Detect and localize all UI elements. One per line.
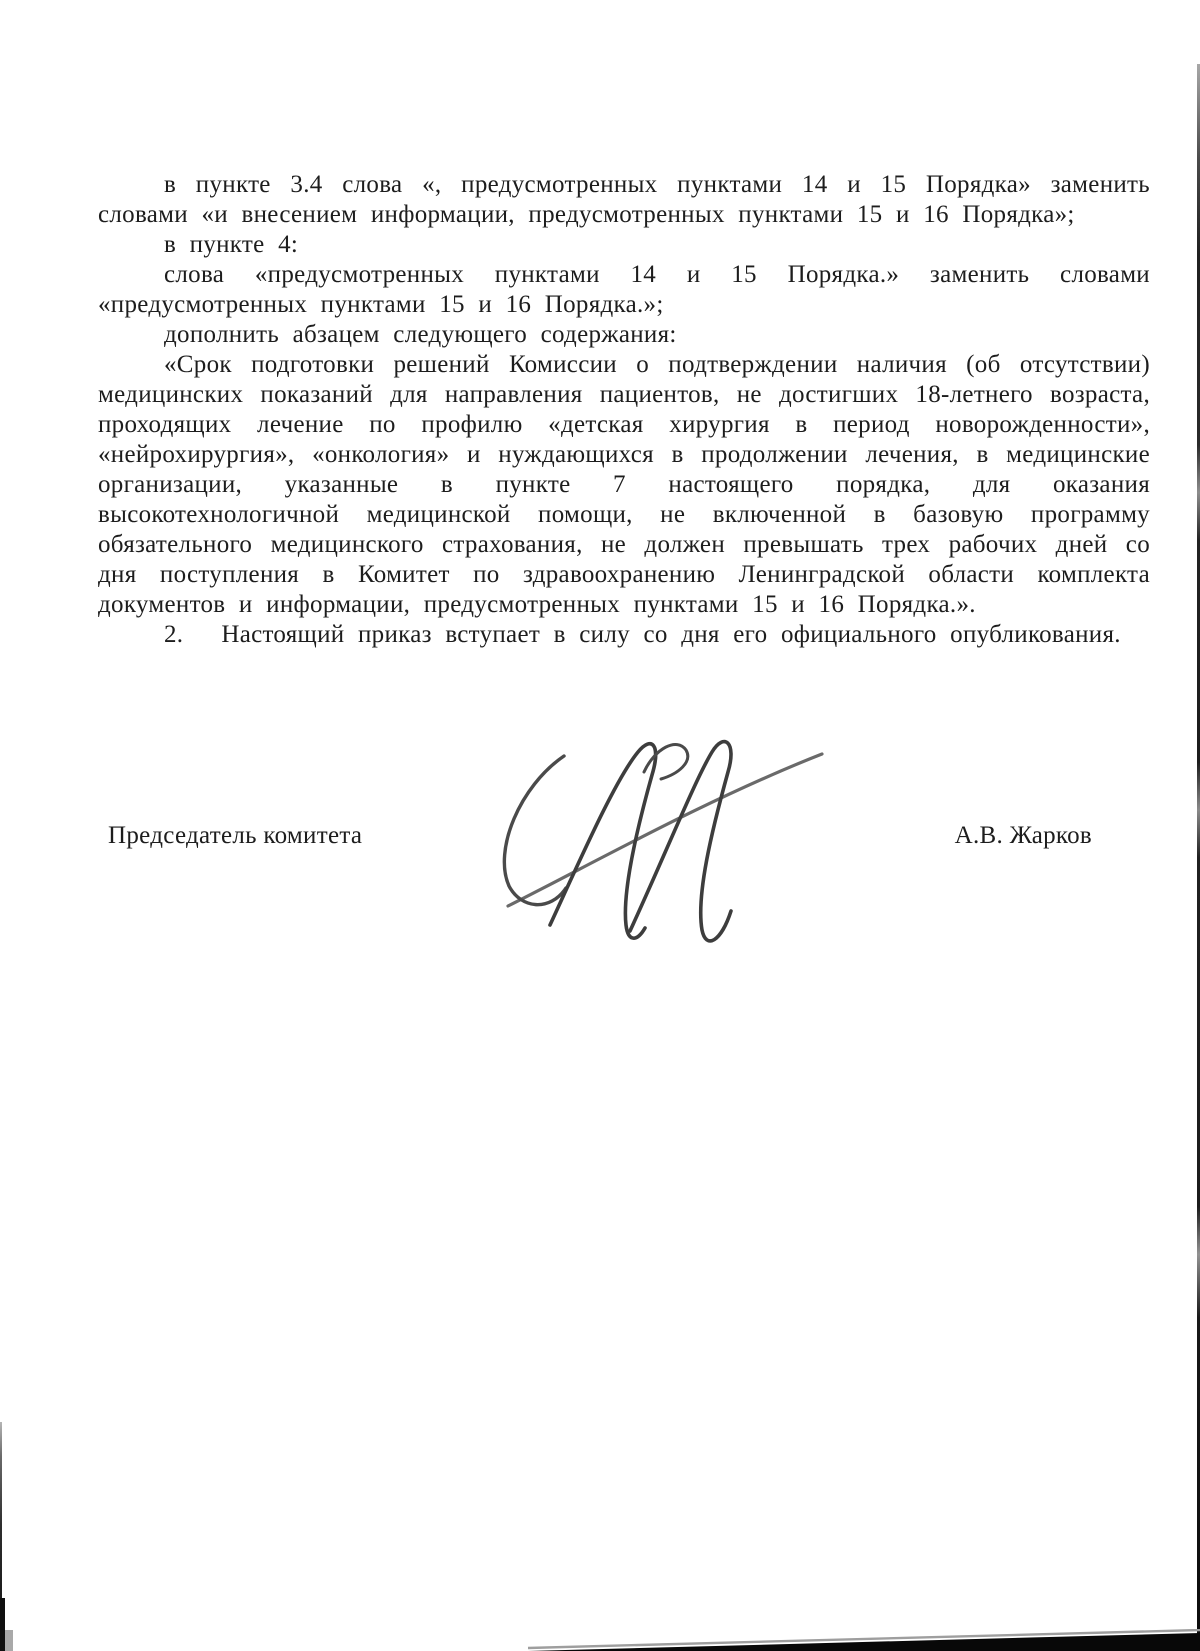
signatory-role: Председатель комитета <box>98 822 362 850</box>
item-2-number: 2. <box>164 621 183 648</box>
paragraph-add-abzats: дополнить абзацем следующего содержания: <box>98 320 1150 350</box>
item-2-text: Настоящий приказ вступает в силу со дня … <box>221 621 1120 648</box>
handwritten-signature <box>480 690 830 950</box>
scan-artifact-bottom-wedge <box>0 1629 1200 1651</box>
document-page: в пункте 3.4 слова «, предусмотренных пу… <box>0 0 1200 1651</box>
paragraph-srok-podgotovki: «Срок подготовки решений Комиссии о подт… <box>98 350 1150 620</box>
paragraph-amend-3-4: в пункте 3.4 слова «, предусмотренных пу… <box>98 170 1150 230</box>
document-body: в пункте 3.4 слова «, предусмотренных пу… <box>98 170 1150 650</box>
paragraph-replace-words: слова «предусмотренных пунктами 14 и 15 … <box>98 260 1150 320</box>
paragraph-item-2: 2.Настоящий приказ вступает в силу со дн… <box>98 620 1150 650</box>
signatory-name: А.В. Жарков <box>955 822 1150 850</box>
paragraph-in-item-4: в пункте 4: <box>98 230 1150 260</box>
